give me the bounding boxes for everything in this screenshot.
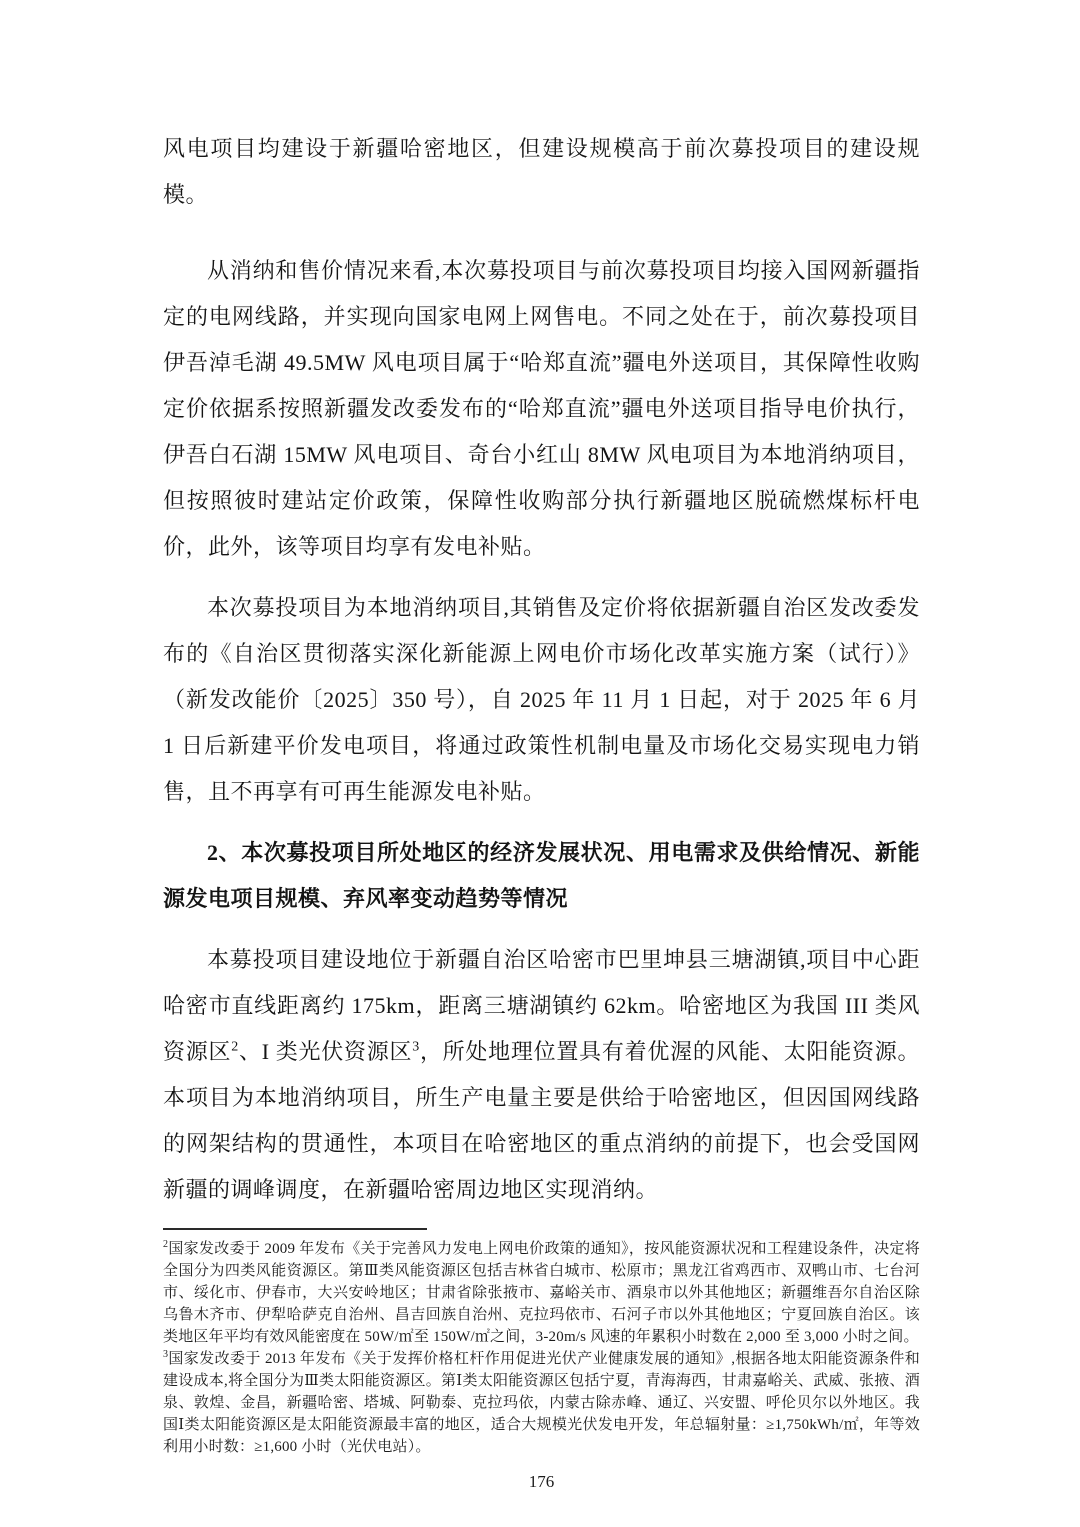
paragraph-text-segment: 、I 类光伏资源区	[239, 1039, 412, 1064]
document-page: 风电项目均建设于新疆哈密地区，但建设规模高于前次募投项目的建设规模。 从消纳和售…	[0, 0, 1080, 1527]
footnote-solar-resource-zones: 3国家发改委于 2013 年发布《关于发挥价格杠杆作用促进光伏产业健康发展的通知…	[163, 1348, 920, 1458]
footnote-text: 国家发改委于 2009 年发布《关于完善风力发电上网电价政策的通知》，按风能资源…	[163, 1241, 920, 1345]
footnote-separator	[163, 1228, 427, 1230]
body-paragraph-pricing-policy: 本次募投项目为本地消纳项目,其销售及定价将依据新疆自治区发改委发布的《自治区贯彻…	[163, 585, 920, 815]
footnote-wind-resource-zones: 2国家发改委于 2009 年发布《关于完善风力发电上网电价政策的通知》，按风能资…	[163, 1238, 920, 1348]
section-heading: 2、本次募投项目所处地区的经济发展状况、用电需求及供给情况、新能源发电项目规模、…	[163, 830, 920, 922]
page-body: 风电项目均建设于新疆哈密地区，但建设规模高于前次募投项目的建设规模。 从消纳和售…	[163, 126, 920, 1228]
footnote-reference: 2	[231, 1040, 239, 1055]
footnote-reference: 3	[412, 1040, 420, 1055]
footnote-text: 国家发改委于 2013 年发布《关于发挥价格杠杆作用促进光伏产业健康发展的通知》…	[163, 1351, 920, 1455]
page-number: 176	[163, 1471, 920, 1493]
footnote-block: 2国家发改委于 2009 年发布《关于完善风力发电上网电价政策的通知》，按风能资…	[163, 1228, 920, 1458]
body-paragraph-project-location: 本募投项目建设地位于新疆自治区哈密市巴里坤县三塘湖镇,项目中心距哈密市直线距离约…	[163, 937, 920, 1213]
body-paragraph-consumption-pricing: 从消纳和售价情况来看,本次募投项目与前次募投项目均接入国网新疆指定的电网线路，并…	[163, 248, 920, 570]
body-paragraph-continued: 风电项目均建设于新疆哈密地区，但建设规模高于前次募投项目的建设规模。	[163, 126, 920, 218]
